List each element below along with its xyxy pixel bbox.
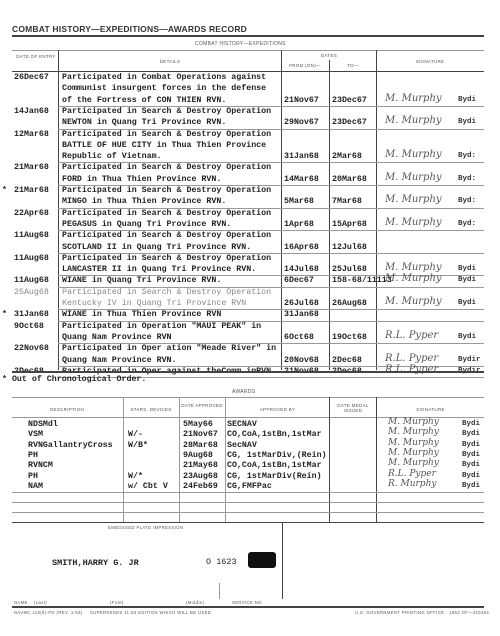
to-date: 7Mar68 xyxy=(332,197,362,206)
to-date: 15Apr68 xyxy=(332,220,367,229)
middle-label: (Middle) xyxy=(186,600,204,605)
award-date-approved: 24Feb69 xyxy=(183,482,218,491)
form-title: COMBAT HISTORY—EXPEDITIONS—AWARDS RECORD xyxy=(12,24,247,34)
entry-date: 21Mar68 xyxy=(14,186,49,195)
header-approved-by: APPROVED BY xyxy=(226,407,329,412)
header-stars-devices: STARS, DEVICES xyxy=(123,407,179,412)
header-dates: DATES xyxy=(282,53,376,58)
signature: M. Murphy xyxy=(385,172,442,183)
detail-line: Participated in Search & Destroy Operati… xyxy=(62,288,271,297)
from-date: 16Apr68 xyxy=(284,243,319,252)
from-date: 31Jan68 xyxy=(284,310,319,319)
signature-suffix: Byd: xyxy=(458,220,476,228)
last-label: (Last) xyxy=(34,600,47,605)
from-date: 31Jan68 xyxy=(284,152,319,161)
signature-suffix: Byd: xyxy=(458,197,476,205)
col-rule xyxy=(219,583,220,599)
from-date: 29Nov67 xyxy=(284,118,319,127)
detail-line: NEWTON in Quang Tri Province RVN. xyxy=(62,118,226,127)
header-date-medal-issued: DATE MEDAL ISSUED xyxy=(330,403,376,413)
supersedes-note: SUPERSEDES 11-53 EDITION WHICH WILL BE U… xyxy=(90,610,213,615)
award-description: NAM xyxy=(28,482,43,491)
detail-line: Quang Nam Province RVN xyxy=(62,333,172,342)
award-signature: R. Murphy xyxy=(388,479,436,489)
col-rule xyxy=(179,397,180,522)
entry-date: 21Mar68 xyxy=(14,163,49,172)
signature-suffix: Byd: xyxy=(458,175,476,183)
detail-line: Participated in Operation "MAUI PEAK" in xyxy=(62,322,261,331)
award-signature: M. Murphy xyxy=(388,438,439,448)
signature: M. Murphy xyxy=(385,115,442,126)
signature: M. Murphy xyxy=(385,262,442,273)
service-number: O 1623 xyxy=(206,557,237,567)
award-approved-by: SecNAV xyxy=(227,441,257,450)
award-signature: M. Murphy xyxy=(388,448,439,458)
award-signature-suffix: Bydi xyxy=(462,451,480,459)
from-date: 20Nov68 xyxy=(284,356,319,365)
signature-suffix: Bydi xyxy=(458,299,476,307)
detail-line: LANCASTER II in Quang Tri Province RVN. xyxy=(62,265,256,274)
detail-line: Participated in Search & Destroy Operati… xyxy=(62,209,271,218)
award-date-approved: 5May66 xyxy=(183,420,213,429)
col-rule xyxy=(123,397,124,522)
signature-suffix: Bydi xyxy=(458,333,476,341)
detail-line: BATTLE OF HUE CITY in Thua Thien Provinc… xyxy=(62,141,266,150)
to-date: 26Aug68 xyxy=(332,299,367,308)
out-of-order-marker: * xyxy=(2,186,7,195)
from-date: 14Mar68 xyxy=(284,175,319,184)
signature-suffix: Bydi xyxy=(458,276,476,284)
award-signature-suffix: Bydi xyxy=(462,472,480,480)
detail-line: of the Fortress of CON THIEN RVN. xyxy=(62,96,226,105)
award-approved-by: CG,FMFPac xyxy=(227,482,272,491)
award-description: VSM xyxy=(28,430,43,439)
combat-history-bottom-rule xyxy=(12,371,484,373)
blank-row-rule xyxy=(12,502,484,503)
detail-line: Kentucky IV in Quang Tri Province RVN xyxy=(62,299,246,308)
col-rule xyxy=(376,50,377,370)
title-rule xyxy=(12,35,484,37)
award-signature-suffix: Bydi xyxy=(462,441,480,449)
detail-line: Participated in Search & Destroy Operati… xyxy=(62,254,271,263)
out-of-order-marker: * xyxy=(2,310,7,319)
detail-line: WIANE in Quang Tri Province RVN. xyxy=(62,276,221,285)
redaction-block xyxy=(248,552,276,568)
award-signature: M. Murphy xyxy=(388,417,439,427)
detail-line: Quang Nam Province RVN. xyxy=(62,356,177,365)
award-description: RVNGallantryCross xyxy=(28,441,113,450)
from-date: 1Apr68 xyxy=(284,220,314,229)
to-date: 23Dec67 xyxy=(332,118,367,127)
col-rule xyxy=(376,397,377,522)
detail-line: PEGASUS in Quang Tri Province RVN. xyxy=(62,220,231,229)
award-description: RVNCM xyxy=(28,461,53,470)
footnote: * Out of Chronological Order. xyxy=(2,375,146,384)
award-date-approved: 21May68 xyxy=(183,461,218,470)
name-label: NAME xyxy=(14,600,28,605)
signature: M. Murphy xyxy=(385,194,442,205)
award-devices: W/* xyxy=(128,472,143,481)
signature: M. Murphy xyxy=(385,149,442,160)
signature-suffix: Bydi xyxy=(458,118,476,126)
award-signature-suffix: Bydi xyxy=(462,461,480,469)
signature-suffix: Bydir xyxy=(458,356,481,364)
blank-row-rule xyxy=(12,512,484,513)
header-signature: SIGNATURE xyxy=(376,59,484,64)
from-date: 6Dec67 xyxy=(284,276,314,285)
signature: R.L. Pyper xyxy=(385,353,438,364)
award-signature-suffix: Bydi xyxy=(462,482,480,490)
signature: M. Murphy xyxy=(385,296,442,307)
detail-line: SCOTLAND II in Quang Tri Province RVN. xyxy=(62,243,251,252)
from-date: 14Jul68 xyxy=(284,265,319,274)
combat-history-label: COMBAT HISTORY—EXPEDITIONS xyxy=(195,41,286,47)
detail-line: Participated in Oper ation "Meade River"… xyxy=(62,344,276,353)
signature: R.L. Pyper xyxy=(385,330,438,341)
header-bottom-rule xyxy=(12,71,484,72)
entry-date: 22Apr68 xyxy=(14,209,49,218)
entry-date: 12Mar68 xyxy=(14,130,49,139)
award-devices: W/B* xyxy=(128,441,148,450)
awards-bottom-rule xyxy=(12,522,484,523)
to-date: 12Jul68 xyxy=(332,243,367,252)
detail-line: Participated in Search & Destroy Operati… xyxy=(62,130,271,139)
header-from: FROM (ON)— xyxy=(282,63,328,68)
from-date: 5Mar68 xyxy=(284,197,314,206)
signature: R.L. Pyper xyxy=(385,364,438,375)
award-approved-by: CO,CoA,1stBn,1stMar xyxy=(227,430,322,439)
detail-line: Participated in Search & Destroy Operati… xyxy=(62,231,271,240)
entry-date: 11Aug68 xyxy=(14,254,49,263)
printer-note: U.S. GOVERNMENT PRINTING OFFICE : 1963 O… xyxy=(355,610,489,615)
col-rule xyxy=(329,397,330,522)
to-date: 25Jul68 xyxy=(332,265,367,274)
header-description: DESCRIPTION xyxy=(12,407,122,412)
award-description: NDSMdl xyxy=(28,420,58,429)
signature-suffix: Byd: xyxy=(458,152,476,160)
award-description: PH xyxy=(28,451,38,460)
detail-line: FORD in Thua Thien Province RVN. xyxy=(62,175,221,184)
award-date-approved: 28Mar68 xyxy=(183,441,218,450)
award-date-approved: 23Aug68 xyxy=(183,472,218,481)
awards-label: AWARDS xyxy=(232,389,255,395)
header-date-approved: DATE APPROVED xyxy=(180,403,224,408)
form-id: NAVMC 118(9)-PD (REV. 1-63) xyxy=(14,610,83,615)
plate-divider xyxy=(282,523,283,599)
blank-row-rule xyxy=(12,492,484,493)
detail-line: MINGO in Thua Thien Province RVN. xyxy=(62,197,226,206)
from-date: 21Nov67 xyxy=(284,96,319,105)
from-date: 26Jul68 xyxy=(284,299,319,308)
award-signature: R.L. Pyper xyxy=(388,469,436,479)
header-awards-signature: SIGNATURE xyxy=(377,407,484,412)
award-description: PH xyxy=(28,472,38,481)
header-rule xyxy=(12,50,484,51)
to-date: 19Oct68 xyxy=(332,333,367,342)
entry-date: 11Aug68 xyxy=(14,231,49,240)
detail-line: Participated in Search & Destroy Operati… xyxy=(62,107,271,116)
col-rule xyxy=(58,50,59,370)
header-to: TO— xyxy=(330,63,376,68)
entry-date: 9Oct68 xyxy=(14,322,44,331)
award-date-approved: 21Nov67 xyxy=(183,430,218,439)
signature-suffix: Bydi xyxy=(458,96,476,104)
detail-line: WIANE in Thua Thien Province RVN xyxy=(62,310,221,319)
header-date-of-entry: DATE OF ENTRY xyxy=(14,54,58,59)
footer-rule xyxy=(12,606,484,608)
detail-line: Participated in Search & Destroy Operati… xyxy=(62,163,271,172)
award-signature: M. Murphy xyxy=(388,427,439,437)
detail-line: Participated in Search & Destroy Operati… xyxy=(62,186,271,195)
award-signature-suffix: Bydi xyxy=(462,420,480,428)
award-approved-by: CO,CoA,1stBn,1stMar xyxy=(227,461,322,470)
award-approved-by: CG, 1stMarDiv(Rein) xyxy=(227,472,322,481)
to-date: 2Mar68 xyxy=(332,152,362,161)
col-rule xyxy=(225,397,226,522)
entry-date: 22Nov68 xyxy=(14,344,49,353)
detail-line: Participated in Combat Operations agains… xyxy=(62,73,266,82)
member-name: SMITH,HARRY G. JR xyxy=(52,558,139,568)
signature: M. Murphy xyxy=(385,217,442,228)
service-no-label: SERVICE NO. xyxy=(232,600,263,605)
awards-top-rule xyxy=(12,397,484,398)
entry-date: 25Aug68 xyxy=(14,288,49,297)
embossed-label: EMBOSSED PLATE IMPRESSION xyxy=(108,525,183,530)
award-signature-suffix: Bydi xyxy=(462,430,480,438)
to-date: 2Dec68 xyxy=(332,356,362,365)
award-devices: w/ Cbt V xyxy=(128,482,168,491)
detail-line: Communist insurgent forces in the defens… xyxy=(62,84,266,93)
signature: M. Murphy xyxy=(385,93,442,104)
signature: M. Murphy xyxy=(385,273,442,284)
to-date: 158-68/11113 xyxy=(332,276,392,285)
award-approved-by: SECNAV xyxy=(227,420,257,429)
award-date-approved: 9Aug68 xyxy=(183,451,213,460)
award-approved-by: CG, 1stMarDiv,(Rein) xyxy=(227,451,327,460)
entry-date: 31Jan68 xyxy=(14,310,49,319)
entry-date: 11Aug68 xyxy=(14,276,49,285)
signature-suffix: Bydi xyxy=(458,265,476,273)
header-details: DETAILS xyxy=(60,59,280,64)
award-signature: M. Murphy xyxy=(388,458,439,468)
entry-date: 14Jan68 xyxy=(14,107,49,116)
from-date: 6Oct68 xyxy=(284,333,314,342)
first-label: (First) xyxy=(110,600,124,605)
to-date: 20Mar68 xyxy=(332,175,367,184)
entry-date: 26Dec67 xyxy=(14,73,49,82)
col-rule xyxy=(281,50,282,370)
detail-line: Republic of Vietnam. xyxy=(62,152,162,161)
award-devices: W/- xyxy=(128,430,143,439)
to-date: 23Dec67 xyxy=(332,96,367,105)
